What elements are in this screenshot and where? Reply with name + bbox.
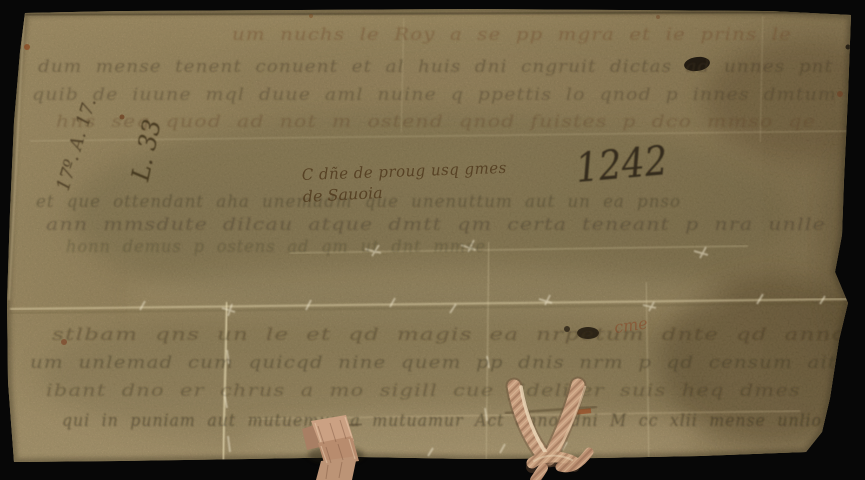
bleedthrough-line: qui in puniam aut mutuemur a mutuamur Ac… — [62, 411, 822, 431]
photo-canvas: um nuchs le Roy a se pp mgra et ie prins… — [0, 0, 865, 480]
archival-parchment-photo: um nuchs le Roy a se pp mgra et ie prins… — [0, 0, 865, 480]
bleedthrough-script: um nuchs le Roy a se pp mgra et ie prins… — [30, 25, 850, 431]
rust-spot-top-left — [24, 44, 30, 50]
rust-spot-top — [309, 14, 313, 18]
knot-tail-down-weave — [535, 468, 543, 480]
bleedthrough-line: ann mmsdute dilcau atque dmtt qm certa t… — [46, 215, 826, 235]
bleedthrough-line: hns seq quod ad not m ostend qnod fuiste… — [56, 112, 816, 132]
bleedthrough-line: stlbam qns un le et qd magis ea nrpetum … — [52, 325, 847, 345]
bleedthrough-line: honn demus p ostens ad qm ut dnt mmse — [66, 237, 486, 257]
bleedthrough-line: um unlemad cum quicqd nine quem pp dnis … — [30, 353, 850, 373]
year-inscription: 1242 — [574, 138, 670, 192]
bleedthrough-line: quib de iuune mql duue aml nuine q ppett… — [32, 85, 837, 105]
bleedthrough-line: dum mense tenent conuent et al huis dni … — [38, 57, 833, 77]
bleedthrough-line: um nuchs le Roy a se pp mgra et ie prins… — [232, 25, 792, 45]
rust-spot — [837, 91, 843, 97]
bleedthrough-line: ibant dno er chrus a mo sigill cue fidel… — [46, 381, 801, 401]
parchment-surface: um nuchs le Roy a se pp mgra et ie prins… — [0, 0, 865, 480]
rust-spot-top — [656, 15, 660, 19]
